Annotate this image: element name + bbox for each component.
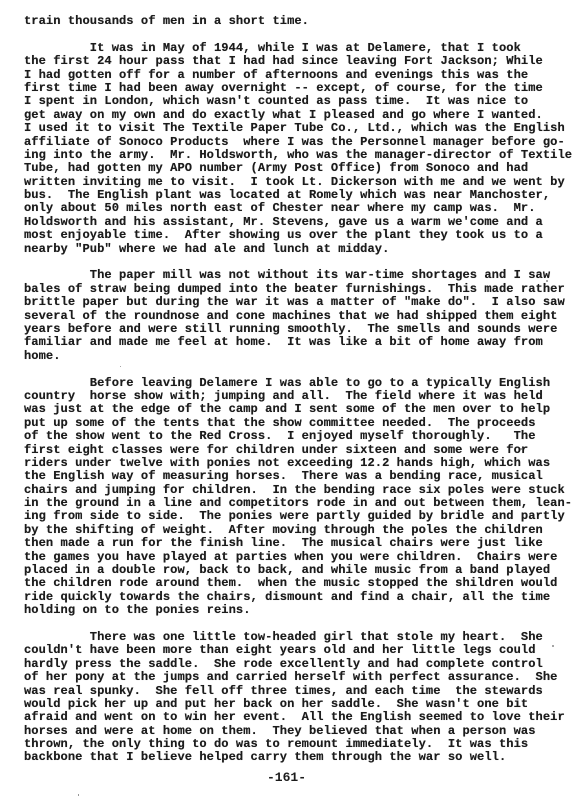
text-line: I used it to visit The Textile Paper Tub… bbox=[24, 122, 554, 135]
text-line: Tube, had gotten my APO number (Army Pos… bbox=[24, 162, 554, 175]
text-line: hardly press the saddle. She rode excell… bbox=[24, 658, 554, 671]
text-line: ride quickly towards the chairs, dismoun… bbox=[24, 591, 554, 604]
text-line: thrown, the only thing to do was to remo… bbox=[24, 738, 554, 751]
text-line: by the shifting of weight. After moving … bbox=[24, 524, 554, 537]
text-line: It was in May of 1944, while I was at De… bbox=[24, 42, 554, 55]
text-line: train thousands of men in a short time. bbox=[24, 15, 554, 28]
text-line: holding on to the ponies reins. bbox=[24, 604, 554, 617]
text-line: was just at the edge of the camp and I s… bbox=[24, 403, 554, 416]
text-line: bus. The English plant was located at Ro… bbox=[24, 189, 554, 202]
text-line: put up some of the tents that the show c… bbox=[24, 417, 554, 430]
text-line: of her pony at the jumps and carried her… bbox=[24, 671, 554, 684]
text-line: first time I had been away overnight -- … bbox=[24, 82, 554, 95]
text-line: the games you have played at parties whe… bbox=[24, 551, 554, 564]
text-line: was real spunky. She fell off three time… bbox=[24, 685, 554, 698]
text-line: written inviting me to visit. I took Lt.… bbox=[24, 176, 554, 189]
text-line: then made a run for the finish line. The… bbox=[24, 537, 554, 550]
text-line: afraid and went on to win her event. All… bbox=[24, 711, 554, 724]
scan-speck bbox=[546, 280, 548, 282]
text-line: riders under twelve with ponies not exce… bbox=[24, 457, 554, 470]
text-line: ing from side to side. The ponies were p… bbox=[24, 510, 554, 523]
text-line: bales of straw being dumped into the bea… bbox=[24, 283, 554, 296]
text-line: I spent in London, which wasn't counted … bbox=[24, 95, 554, 108]
text-line: nearby "Pub" where we had ale and lunch … bbox=[24, 243, 554, 256]
paragraph: train thousands of men in a short time. bbox=[24, 15, 554, 28]
text-line: only about 50 miles north east of Cheste… bbox=[24, 202, 554, 215]
text-line: horses and were at home on them. They be… bbox=[24, 725, 554, 738]
text-line: first eight classes were for children un… bbox=[24, 444, 554, 457]
text-line: the English way of measuring horses. The… bbox=[24, 470, 554, 483]
page-number: -161- bbox=[0, 770, 573, 785]
paragraph: Before leaving Delamere I was able to go… bbox=[24, 377, 554, 618]
text-line: placed in a double row, back to back, an… bbox=[24, 564, 554, 577]
scan-speck bbox=[78, 794, 79, 796]
text-line: affiliate of Sonoco Products where I was… bbox=[24, 136, 554, 149]
text-line: familiar and made me feel at home. It wa… bbox=[24, 336, 554, 349]
text-line: Holdsworth and his assistant, Mr. Steven… bbox=[24, 216, 554, 229]
text-line: Before leaving Delamere I was able to go… bbox=[24, 377, 554, 390]
text-line: I had gotten off for a number of afterno… bbox=[24, 69, 554, 82]
text-line: of the show went to the Red Cross. I enj… bbox=[24, 430, 554, 443]
text-line: couldn't have been more than eight years… bbox=[24, 644, 554, 657]
text-line: chairs and jumping for children. In the … bbox=[24, 484, 554, 497]
scan-speck bbox=[520, 448, 522, 450]
paragraph: The paper mill was not without its war-t… bbox=[24, 269, 554, 363]
paragraph: There was one little tow-headed girl tha… bbox=[24, 631, 554, 765]
text-line: backbone that I believe helped carry the… bbox=[24, 751, 554, 764]
text-line: There was one little tow-headed girl tha… bbox=[24, 631, 554, 644]
text-line: home. bbox=[24, 350, 554, 363]
text-line: several of the roundnose and cone machin… bbox=[24, 310, 554, 323]
text-line: brittle paper but during the war it was … bbox=[24, 296, 554, 309]
text-line: most enjoyable time. After showing us ov… bbox=[24, 229, 554, 242]
scan-speck bbox=[552, 645, 554, 647]
text-line: in the ground in a line and competitors … bbox=[24, 497, 554, 510]
scan-speck bbox=[120, 366, 121, 367]
text-line: ing into the army. Mr. Holdsworth, who w… bbox=[24, 149, 554, 162]
text-line: the first 24 hour pass that I had had si… bbox=[24, 55, 554, 68]
text-line: The paper mill was not without its war-t… bbox=[24, 269, 554, 282]
text-line: the children rode around them. when the … bbox=[24, 577, 554, 590]
text-line: years before and were still running smoo… bbox=[24, 323, 554, 336]
paragraph: It was in May of 1944, while I was at De… bbox=[24, 42, 554, 256]
text-line: country horse show with; jumping and all… bbox=[24, 390, 554, 403]
text-line: would pick her up and put her back on he… bbox=[24, 698, 554, 711]
typewritten-page: train thousands of men in a short time. … bbox=[24, 15, 554, 765]
text-line: get away on my own and do exactly what I… bbox=[24, 109, 554, 122]
